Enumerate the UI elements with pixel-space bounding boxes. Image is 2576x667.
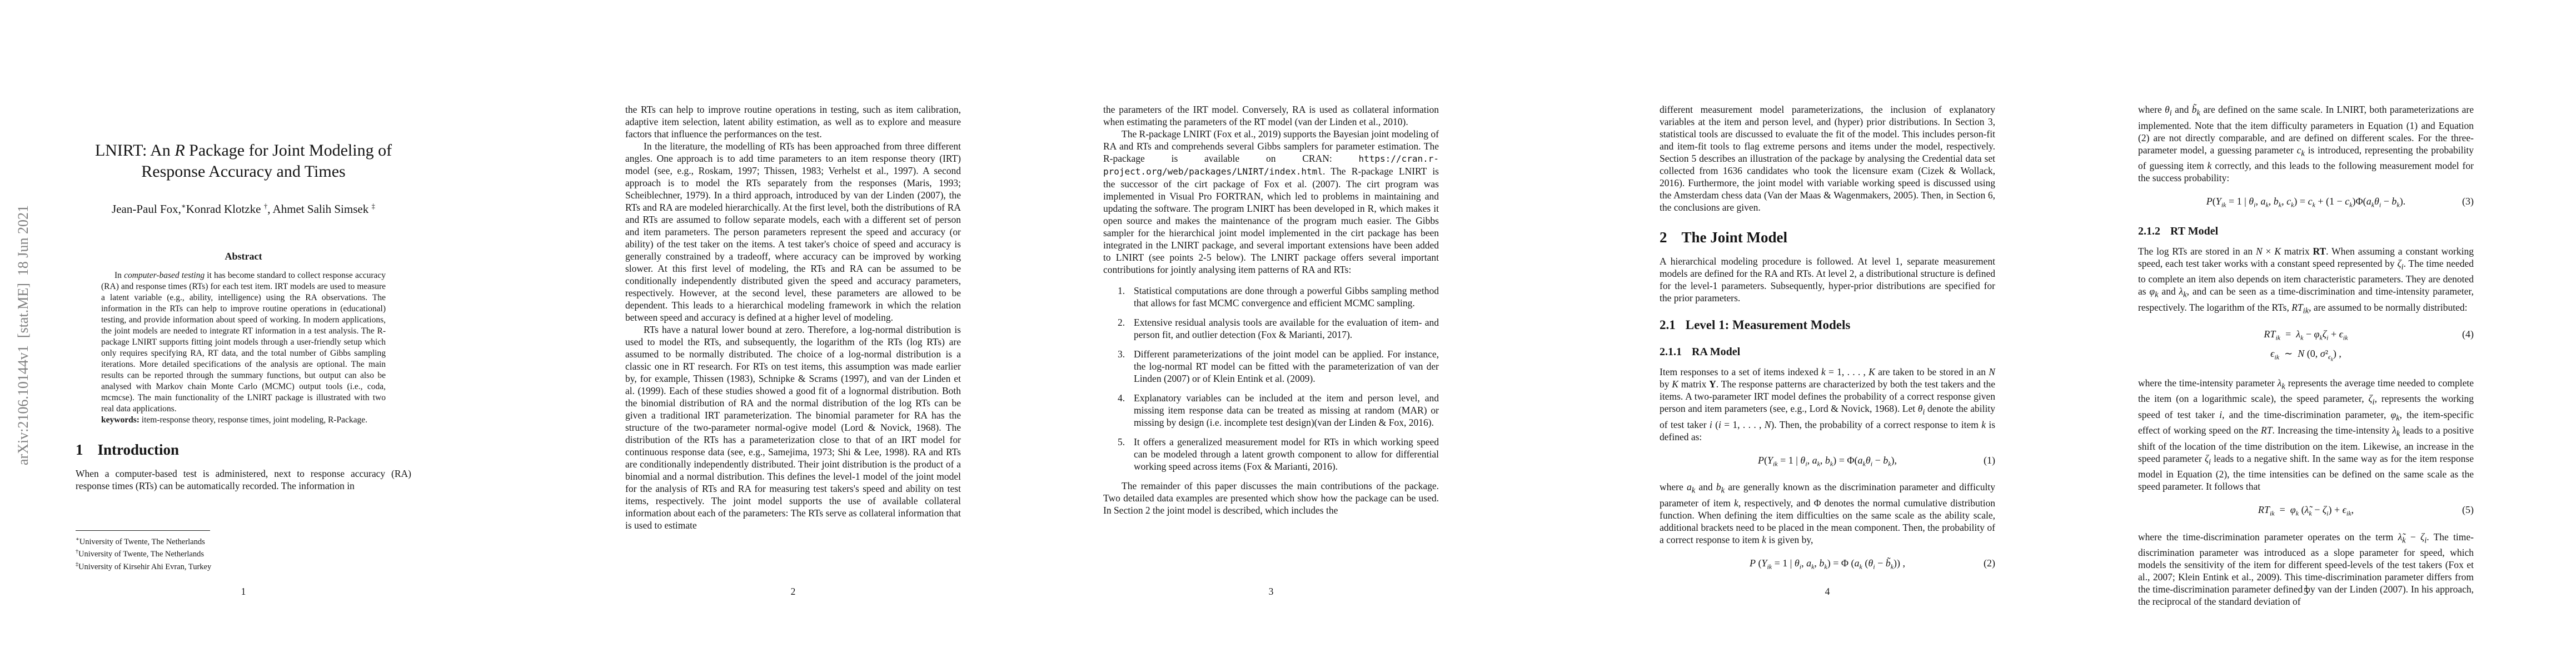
list-item: 3.Different parameterizations of the joi… — [1103, 348, 1439, 385]
section-title: Level 1: Measurement Models — [1686, 318, 1851, 332]
paragraph: where the time-intensity parameter λk re… — [2138, 377, 2474, 493]
paragraph: A hierarchical modeling procedure is fol… — [1660, 255, 1995, 304]
equation-number: (1) — [1984, 453, 1995, 467]
page-5: where θi and b̃k are defined on the same… — [2061, 0, 2576, 667]
footnote: ‡University of Kirsehir Ahi Evran, Turke… — [76, 560, 411, 572]
page-number: 3 — [1103, 586, 1439, 598]
section-number: 2 — [1660, 229, 1667, 246]
page-1: arXiv:2106.10144v1 [stat.ME] 18 Jun 2021… — [0, 0, 515, 667]
list-item-number: 2. — [1118, 316, 1125, 328]
equation-body: RTik = φk (λ̃k − ζi) + ϵik, — [2258, 504, 2354, 515]
footnote: †University of Twente, The Netherlands — [76, 547, 411, 559]
page-4: different measurement model parameteriza… — [1546, 0, 2061, 667]
arxiv-watermark: arXiv:2106.10144v1 [stat.ME] 18 Jun 2021 — [13, 176, 33, 495]
paragraph: The remainder of this paper discusses th… — [1103, 480, 1439, 516]
page-5-content: where θi and b̃k are defined on the same… — [2138, 0, 2474, 608]
equation-body: P(Yik = 1 | θi, ak, bk, ck) = ck + (1 − … — [2206, 196, 2405, 207]
list-item-text: Statistical computations are done throug… — [1134, 285, 1439, 308]
paragraph: where ak and bk are generally known as t… — [1660, 481, 1995, 546]
section-heading: 2.1.1RA Model — [1660, 345, 1995, 359]
list-item-number: 1. — [1118, 285, 1125, 297]
paragraph: The log RTs are stored in an N × K matri… — [2138, 245, 2474, 317]
page-3: the parameters of the IRT model. Convers… — [1030, 0, 1546, 667]
equation-body: RTik = λk − φkζi + ϵik — [2264, 328, 2348, 340]
authors-line: Jean-Paul Fox,∗Konrad Klotzke †, Ahmet S… — [76, 199, 411, 216]
section-heading: 2.1Level 1: Measurement Models — [1660, 317, 1995, 333]
paragraph: Item responses to a set of items indexed… — [1660, 366, 1995, 443]
section-title: RA Model — [1692, 346, 1740, 358]
equation-number: (2) — [1984, 556, 1995, 570]
paragraph: RTs have a natural lower bound at zero. … — [625, 323, 961, 531]
equation: RTik = φk (λ̃k − ζi) + ϵik,(5) — [2138, 502, 2474, 521]
enumerated-list: 1.Statistical computations are done thro… — [1103, 285, 1439, 472]
section-number: 2.1.1 — [1660, 346, 1682, 358]
list-item-text: Explanatory variables can be included at… — [1134, 392, 1439, 428]
page-2-content: the RTs can help to improve routine oper… — [625, 0, 961, 531]
equation-body: ϵik ∼ N (0, σ²ϵk) , — [2270, 348, 2341, 359]
footnote: ∗University of Twente, The Netherlands — [76, 535, 411, 547]
page-2: the RTs can help to improve routine oper… — [515, 0, 1030, 667]
list-item-number: 3. — [1118, 348, 1125, 360]
list-item: 2.Extensive residual analysis tools are … — [1103, 316, 1439, 341]
page-1-content: LNIRT: An R Package for Joint Modeling o… — [76, 0, 411, 492]
list-item: 1.Statistical computations are done thro… — [1103, 285, 1439, 309]
paragraph: When a computer-based test is administer… — [76, 467, 411, 492]
equation: P(Yik = 1 | θi, ak, bk) = Φ(akθi − bk),(… — [1660, 453, 1995, 471]
footnotes-block: ∗University of Twente, The Netherlands†U… — [76, 530, 411, 572]
document-canvas: { "watermark": "arXiv:2106.10144v1 [stat… — [0, 0, 2576, 667]
page-number: 2 — [625, 586, 961, 598]
section-title: Introduction — [98, 441, 180, 458]
section-number: 1 — [76, 441, 83, 458]
page-number: 1 — [76, 586, 411, 598]
page-number: 4 — [1660, 586, 1995, 598]
section-title: RT Model — [2170, 225, 2218, 237]
equation-line: RTik = λk − φkζi + ϵik(4) — [2138, 327, 2474, 345]
section-number: 2.1.2 — [2138, 225, 2160, 237]
list-item-text: Extensive residual analysis tools are av… — [1134, 317, 1439, 340]
section-heading: 2.1.2RT Model — [2138, 225, 2474, 238]
cran-url[interactable]: https://cran.r-project.org/web/packages/… — [1103, 153, 1439, 177]
list-item: 5.It offers a generalized measurement mo… — [1103, 436, 1439, 472]
list-item-number: 5. — [1118, 436, 1125, 448]
equation: RTik = λk − φkζi + ϵik(4)ϵik ∼ N (0, σ²ϵ… — [2138, 327, 2474, 367]
abstract-text: In computer-based testing it has become … — [101, 270, 386, 415]
paragraph: different measurement model parameteriza… — [1660, 103, 1995, 213]
section-heading: 2The Joint Model — [1660, 228, 1995, 247]
list-item-text: It offers a generalized measurement mode… — [1134, 436, 1439, 472]
equation-number: (3) — [2462, 194, 2474, 208]
abstract-heading: Abstract — [76, 251, 411, 262]
paragraph: the parameters of the IRT model. Convers… — [1103, 103, 1439, 128]
page-number: 5 — [2138, 586, 2474, 598]
paragraph: where θi and b̃k are defined on the same… — [2138, 103, 2474, 184]
section-number: 2.1 — [1660, 318, 1676, 332]
equation-body: P (Yik = 1 | θi, ak, bk) = Φ (ak (θi − b… — [1750, 558, 1905, 569]
equation-number: (5) — [2462, 502, 2474, 517]
list-item-number: 4. — [1118, 392, 1125, 404]
page-4-content: different measurement model parameteriza… — [1660, 0, 1995, 584]
paragraph: The R-package LNIRT (Fox et al., 2019) s… — [1103, 128, 1439, 276]
section-title: The Joint Model — [1682, 229, 1788, 246]
section-heading: 1Introduction — [76, 440, 411, 459]
paragraph: In the literature, the modelling of RTs … — [625, 140, 961, 323]
equation: P (Yik = 1 | θi, ak, bk) = Φ (ak (θi − b… — [1660, 556, 1995, 574]
equation-number: (4) — [2462, 327, 2474, 341]
equation-line: ϵik ∼ N (0, σ²ϵk) , — [2138, 346, 2474, 367]
equation-body: P(Yik = 1 | θi, ak, bk) = Φ(akθi − bk), — [1758, 455, 1897, 466]
keywords-line: keywords: item-response theory, response… — [101, 415, 386, 426]
equation: P(Yik = 1 | θi, ak, bk, ck) = ck + (1 − … — [2138, 194, 2474, 212]
list-item-text: Different parameterizations of the joint… — [1134, 349, 1439, 384]
page-3-content: the parameters of the IRT model. Convers… — [1103, 0, 1439, 516]
footnote-rule — [76, 530, 210, 531]
paper-title: LNIRT: An R Package for Joint Modeling o… — [76, 140, 411, 182]
paragraph: the RTs can help to improve routine oper… — [625, 103, 961, 140]
list-item: 4.Explanatory variables can be included … — [1103, 392, 1439, 429]
